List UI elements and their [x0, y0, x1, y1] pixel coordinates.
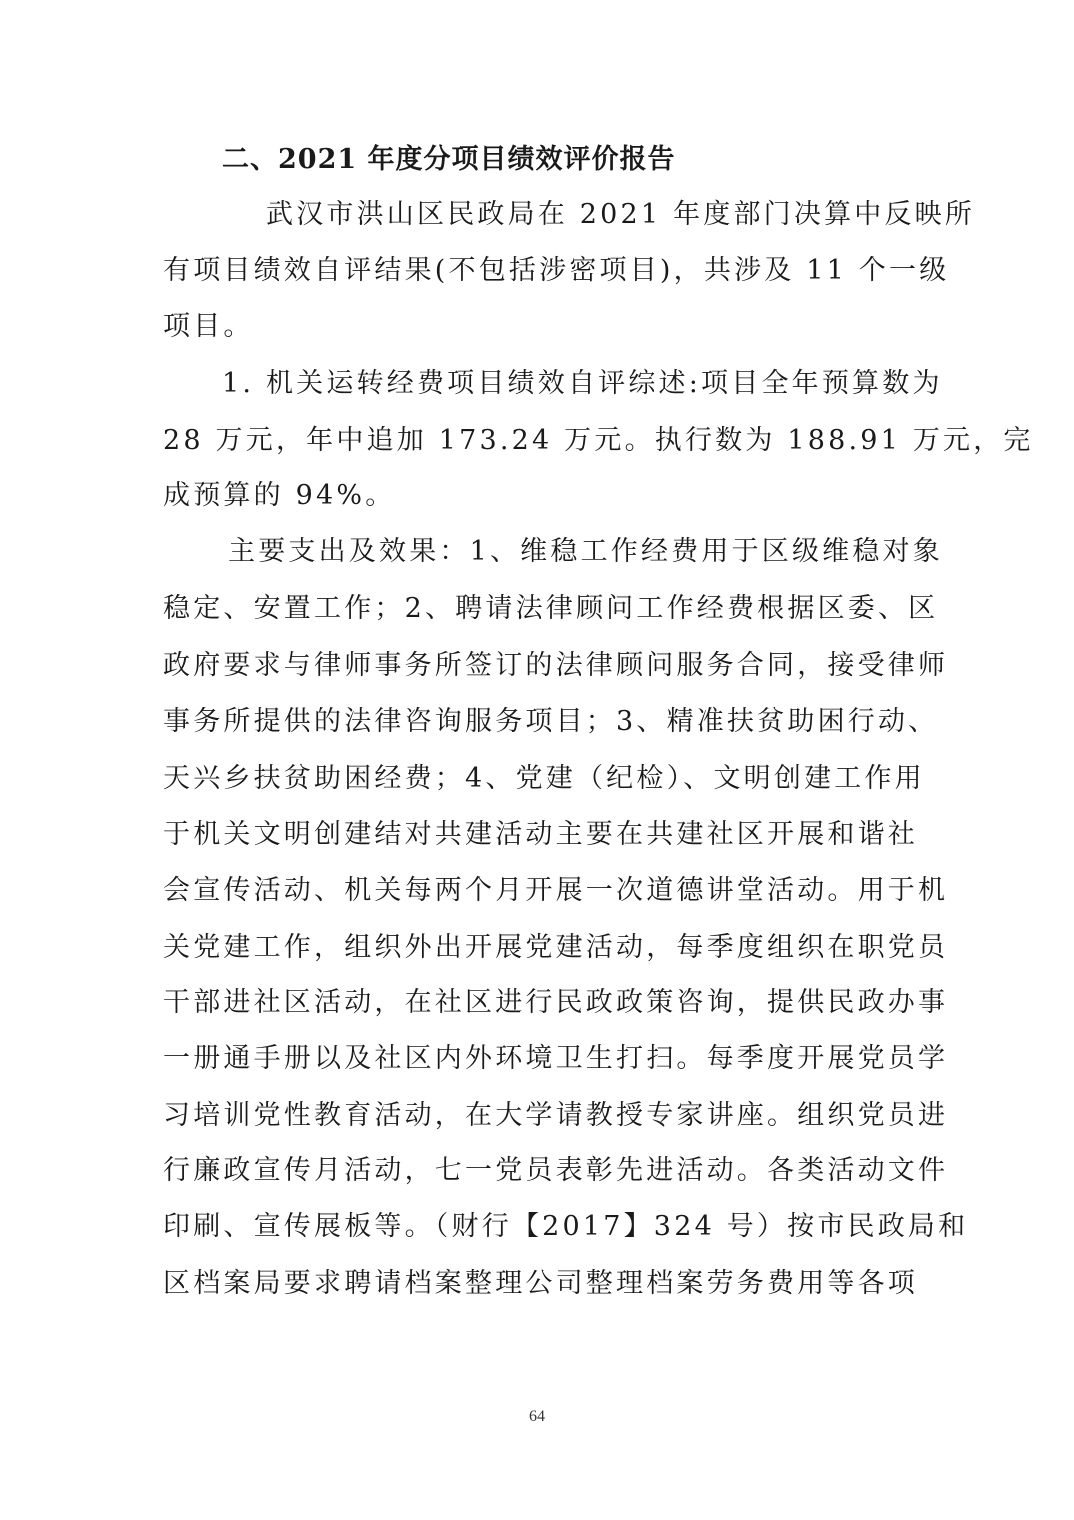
paragraph-line: 干部进社区活动，在社区进行民政政策咨询，提供民政办事	[163, 986, 913, 1020]
paragraph-line: 政府要求与律师事务所签订的法律顾问服务合同，接受律师	[163, 649, 913, 683]
paragraph-line: 有项目绩效自评结果(不包括涉密项目)，共涉及 11 个一级	[163, 254, 913, 288]
paragraph-line: 习培训党性教育活动，在大学请教授专家讲座。组织党员进	[163, 1099, 913, 1133]
paragraph-line: 区档案局要求聘请档案整理公司整理档案劳务费用等各项	[163, 1267, 913, 1301]
paragraph-line: 稳定、安置工作；2、聘请法律顾问工作经费根据区委、区	[163, 592, 913, 626]
paragraph-line: 事务所提供的法律咨询服务项目；3、精准扶贫助困行动、	[163, 705, 913, 739]
document-page: 二、2021 年度分项目绩效评价报告 武汉市洪山区民政局在 2021 年度部门决…	[0, 0, 1074, 1520]
paragraph-line: 于机关文明创建结对共建活动主要在共建社区开展和谐社	[163, 818, 913, 852]
paragraph-line: 成预算的 94%。	[163, 479, 913, 513]
paragraph-line: 天兴乡扶贫助困经费；4、党建（纪检）、文明创建工作用	[163, 762, 913, 796]
paragraph-line: 印刷、宣传展板等。（财行【2017】324 号）按市民政局和	[163, 1210, 913, 1244]
paragraph-line: 行廉政宣传月活动，七一党员表彰先进活动。各类活动文件	[163, 1154, 913, 1188]
paragraph-line: 关党建工作，组织外出开展党建活动，每季度组织在职党员	[163, 931, 913, 965]
page-number: 64	[0, 1408, 1074, 1426]
paragraph-line: 28 万元，年中追加 173.24 万元。执行数为 188.91 万元，完	[163, 424, 913, 458]
paragraph-line: 项目。	[163, 310, 913, 344]
section-heading: 二、2021 年度分项目绩效评价报告	[222, 143, 972, 177]
paragraph-line: 一册通手册以及社区内外环境卫生打扫。每季度开展党员学	[163, 1042, 913, 1076]
paragraph-line: 会宣传活动、机关每两个月开展一次道德讲堂活动。用于机	[163, 874, 913, 908]
paragraph-line: 武汉市洪山区民政局在 2021 年度部门决算中反映所	[266, 198, 916, 232]
paragraph-line: 主要支出及效果：1、维稳工作经费用于区级维稳对象	[228, 535, 918, 569]
paragraph-line: 1. 机关运转经费项目绩效自评综述:项目全年预算数为	[222, 367, 917, 401]
